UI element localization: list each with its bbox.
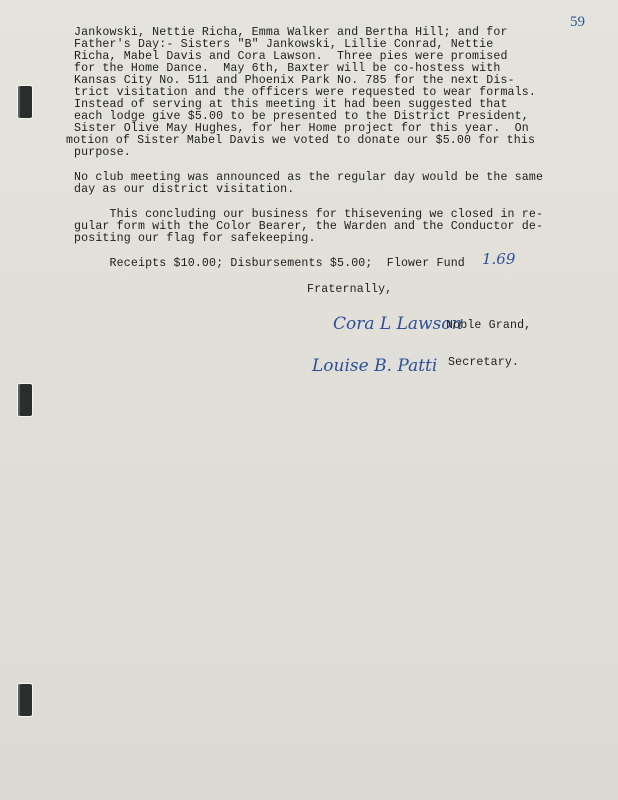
receipts-line: Receipts $10.00; Disbursements $5.00; Fl… <box>74 258 465 270</box>
signature-title-secretary: Secretary. <box>448 357 519 369</box>
text-line: motion of Sister Mabel Davis we voted to… <box>66 135 535 147</box>
page-number: 59 <box>570 14 585 31</box>
flower-fund-handwritten: 1.69 <box>482 250 515 268</box>
signature-title-noble-grand: Noble Grand, <box>446 320 531 332</box>
signature-noble-grand: Cora L Lawson <box>333 314 462 334</box>
closing-salutation: Fraternally, <box>307 284 392 296</box>
text-line: positing our flag for safekeeping. <box>74 233 316 245</box>
binder-hole-bottom <box>18 684 32 716</box>
signature-secretary: Louise B. Patti <box>312 356 437 376</box>
text-line: day as our district visitation. <box>74 184 294 196</box>
binder-hole-top <box>18 86 32 118</box>
binder-hole-middle <box>18 384 32 416</box>
text-line: purpose. <box>74 147 131 159</box>
document-page: 59 Jankowski, Nettie Richa, Emma Walker … <box>0 0 618 800</box>
